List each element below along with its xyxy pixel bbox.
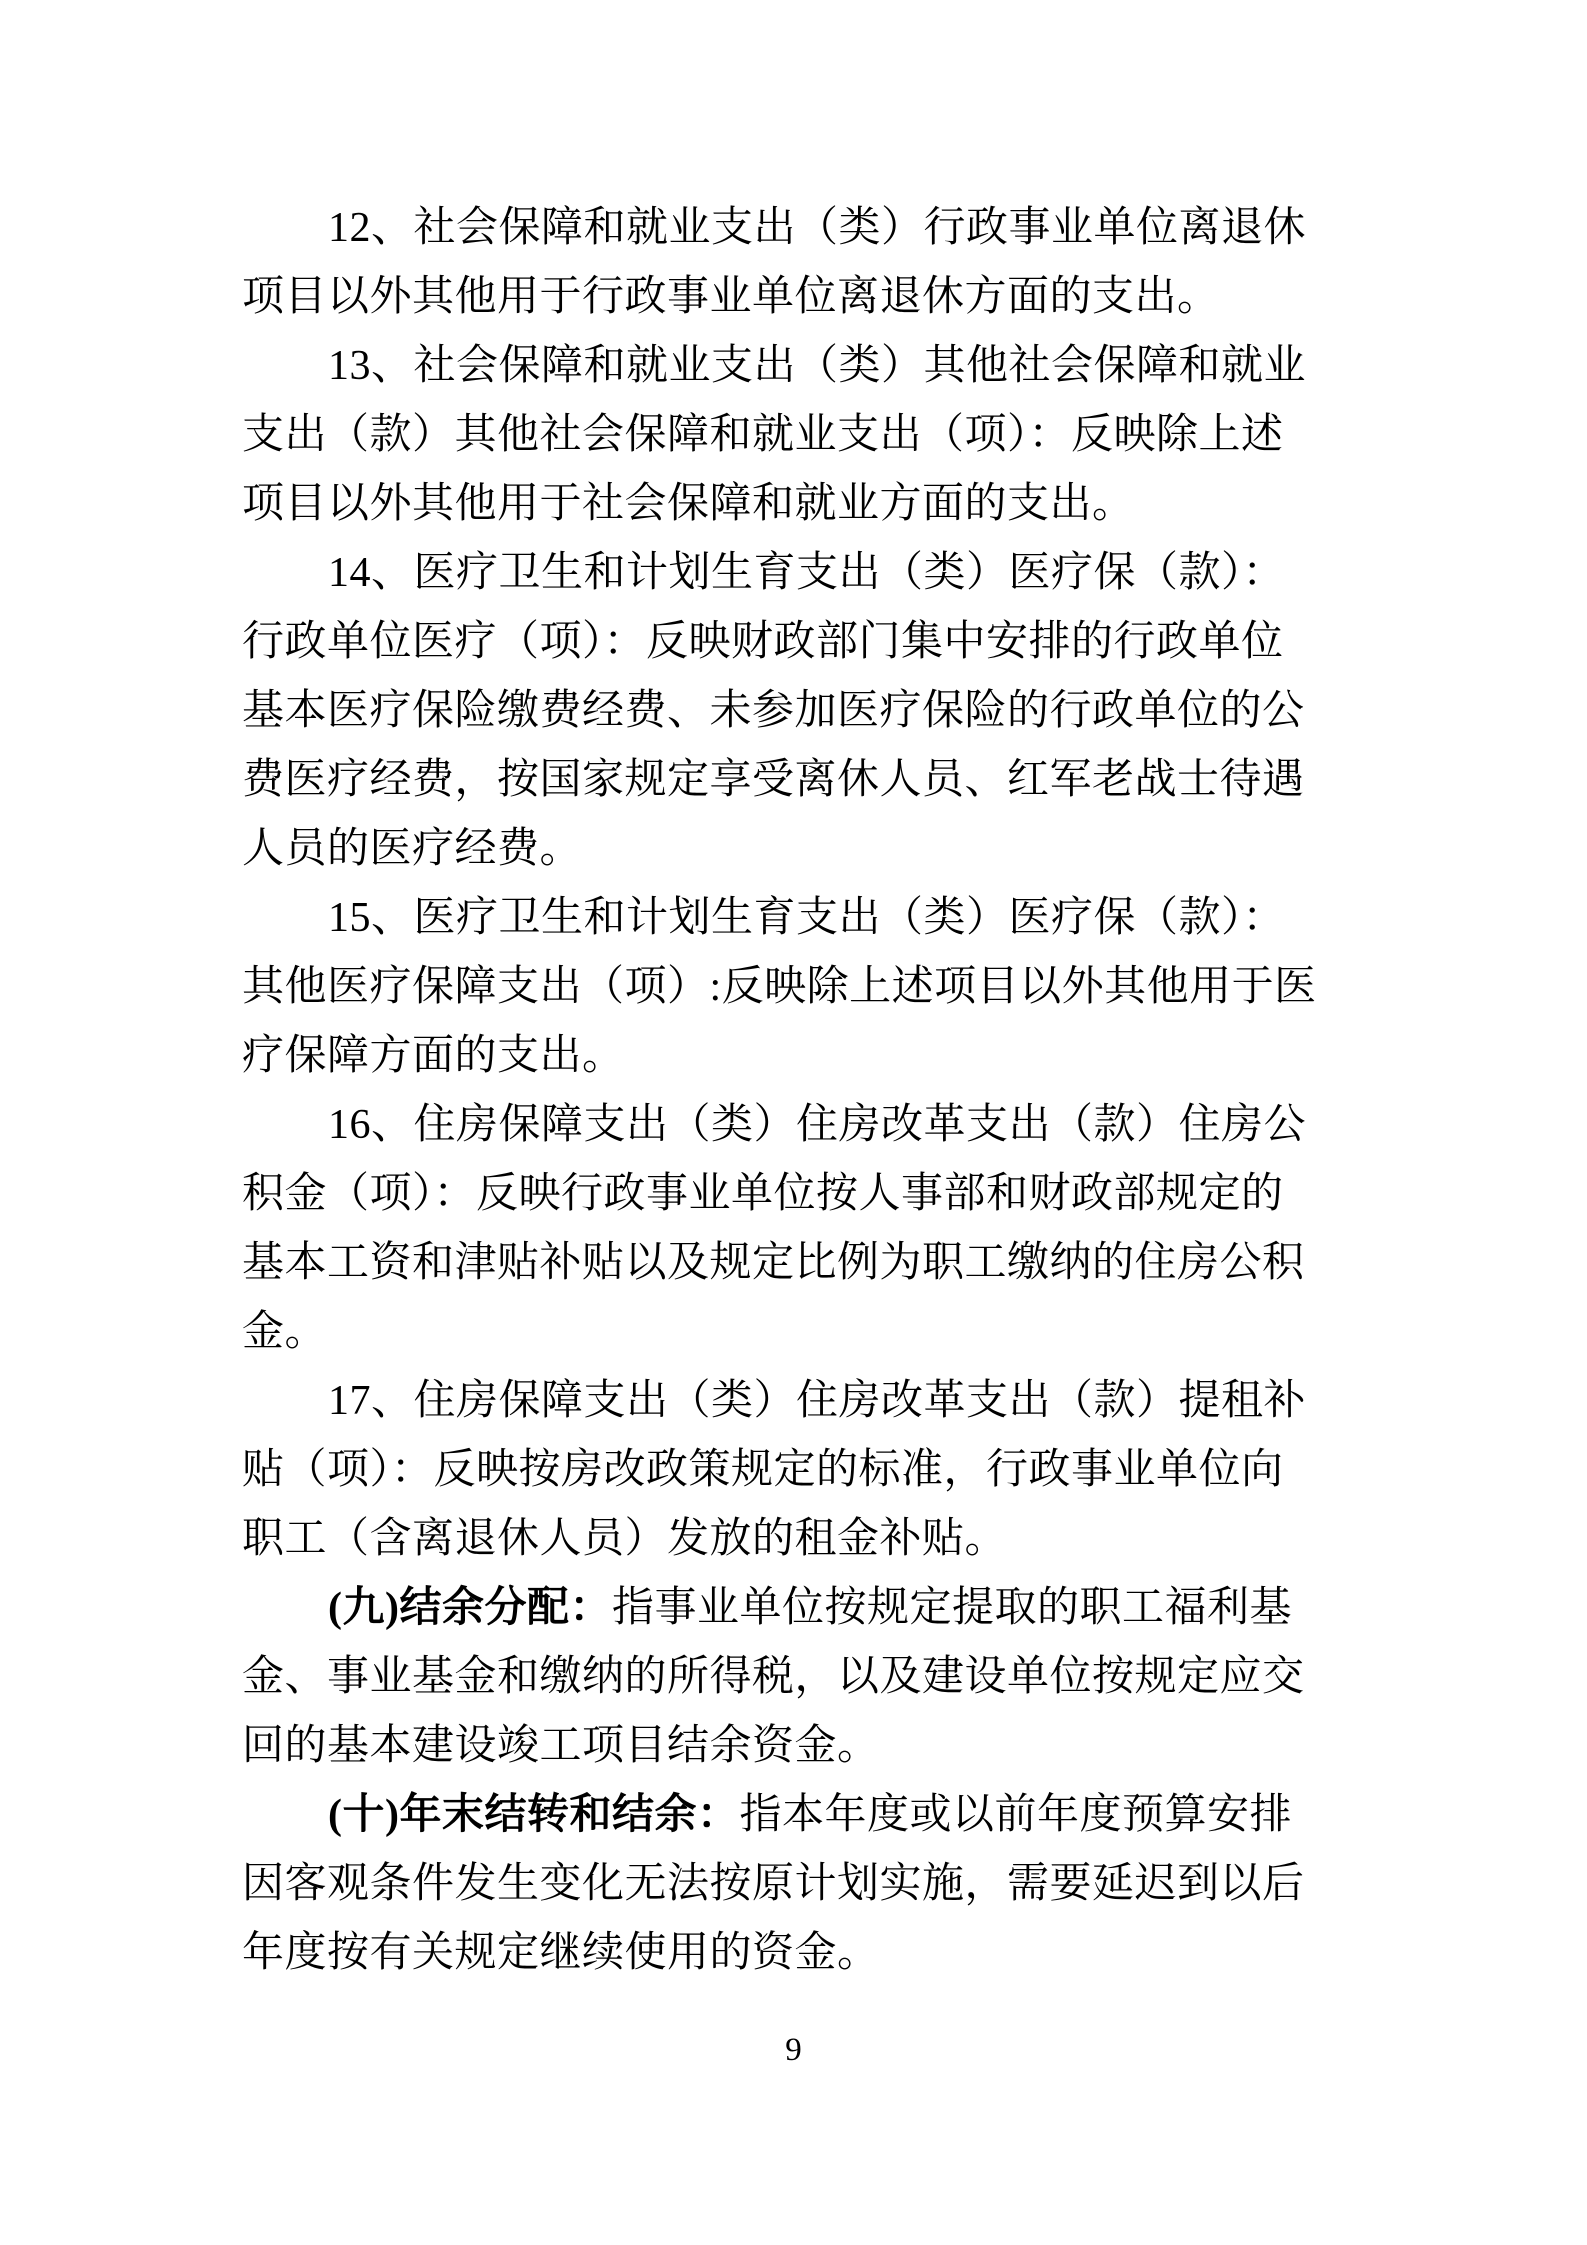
text-line: 费医疗经费，按国家规定享受离休人员、红军老战士待遇 <box>242 746 1317 815</box>
text-line: 14、医疗卫生和计划生育支出（类）医疗保（款）： <box>242 539 1317 608</box>
text-line: 支出（款）其他社会保障和就业支出（项）：反映除上述 <box>242 401 1317 470</box>
text-line: 回的基本建设竣工项目结余资金。 <box>242 1712 1317 1781</box>
document-body: 12、社会保障和就业支出（类）行政事业单位离退休项目以外其他用于行政事业单位离退… <box>242 194 1317 1988</box>
text-line: 13、社会保障和就业支出（类）其他社会保障和就业 <box>242 332 1317 401</box>
text-line: 疗保障方面的支出。 <box>242 1022 1317 1091</box>
text-segment: 积金（项）：反映行政事业单位按人事部和财政部规定的 <box>242 1171 1284 1217</box>
text-segment: 职工（含离退休人员）发放的租金补贴。 <box>242 1516 1007 1562</box>
text-segment: 回的基本建设竣工项目结余资金。 <box>242 1723 880 1769</box>
paragraph-item-jiu: (九)结余分配：指事业单位按规定提取的职工福利基金、事业基金和缴纳的所得税，以及… <box>242 1574 1317 1781</box>
document-page: 12、社会保障和就业支出（类）行政事业单位离退休项目以外其他用于行政事业单位离退… <box>0 0 1587 2245</box>
text-segment: 基本医疗保险缴费经费、未参加医疗保险的行政单位的公 <box>242 688 1305 734</box>
text-segment: 项目以外其他用于社会保障和就业方面的支出。 <box>242 481 1135 527</box>
text-segment: 指事业单位按规定提取的职工福利基 <box>612 1585 1292 1631</box>
text-line: (十)年末结转和结余：指本年度或以前年度预算安排 <box>242 1781 1317 1850</box>
text-line: 金、事业基金和缴纳的所得税，以及建设单位按规定应交 <box>242 1643 1317 1712</box>
page-number: 9 <box>0 2030 1587 2070</box>
paragraph-item-13: 13、社会保障和就业支出（类）其他社会保障和就业支出（款）其他社会保障和就业支出… <box>242 332 1317 539</box>
text-segment: 金。 <box>242 1309 327 1355</box>
text-line: 因客观条件发生变化无法按原计划实施，需要延迟到以后 <box>242 1850 1317 1919</box>
text-segment: 指本年度或以前年度预算安排 <box>739 1792 1292 1838</box>
text-line: 积金（项）：反映行政事业单位按人事部和财政部规定的 <box>242 1160 1317 1229</box>
text-segment: 人员的医疗经费。 <box>242 826 582 872</box>
paragraph-item-15: 15、医疗卫生和计划生育支出（类）医疗保（款）：其他医疗保障支出（项）:反映除上… <box>242 884 1317 1091</box>
text-line: 15、医疗卫生和计划生育支出（类）医疗保（款）： <box>242 884 1317 953</box>
paragraph-item-12: 12、社会保障和就业支出（类）行政事业单位离退休项目以外其他用于行政事业单位离退… <box>242 194 1317 332</box>
text-line: 贴（项）：反映按房改政策规定的标准，行政事业单位向 <box>242 1436 1317 1505</box>
text-segment: 12、社会保障和就业支出（类）行政事业单位离退休 <box>328 205 1306 251</box>
text-segment: 项目以外其他用于行政事业单位离退休方面的支出。 <box>242 274 1220 320</box>
text-segment: 因客观条件发生变化无法按原计划实施，需要延迟到以后 <box>242 1861 1305 1907</box>
text-segment: 基本工资和津贴补贴以及规定比例为职工缴纳的住房公积 <box>242 1240 1305 1286</box>
text-segment: 行政单位医疗（项）：反映财政部门集中安排的行政单位 <box>242 619 1284 665</box>
text-line: 项目以外其他用于行政事业单位离退休方面的支出。 <box>242 263 1317 332</box>
text-line: 人员的医疗经费。 <box>242 815 1317 884</box>
text-line: 职工（含离退休人员）发放的租金补贴。 <box>242 1505 1317 1574</box>
paragraph-item-14: 14、医疗卫生和计划生育支出（类）医疗保（款）：行政单位医疗（项）：反映财政部门… <box>242 539 1317 884</box>
text-segment: 金、事业基金和缴纳的所得税，以及建设单位按规定应交 <box>242 1654 1305 1700</box>
text-segment: 年度按有关规定继续使用的资金。 <box>242 1930 880 1976</box>
text-line: 项目以外其他用于社会保障和就业方面的支出。 <box>242 470 1317 539</box>
text-line: (九)结余分配：指事业单位按规定提取的职工福利基 <box>242 1574 1317 1643</box>
text-segment: 支出（款）其他社会保障和就业支出（项）：反映除上述 <box>242 412 1284 458</box>
text-line: 基本工资和津贴补贴以及规定比例为职工缴纳的住房公积 <box>242 1229 1317 1298</box>
text-segment: 16、住房保障支出（类）住房改革支出（款）住房公 <box>328 1102 1306 1148</box>
text-segment: 13、社会保障和就业支出（类）其他社会保障和就业 <box>328 343 1306 389</box>
paragraph-item-shi: (十)年末结转和结余：指本年度或以前年度预算安排因客观条件发生变化无法按原计划实… <box>242 1781 1317 1988</box>
text-segment: 疗保障方面的支出。 <box>242 1033 625 1079</box>
text-line: 12、社会保障和就业支出（类）行政事业单位离退休 <box>242 194 1317 263</box>
text-segment: 贴（项）：反映按房改政策规定的标准，行政事业单位向 <box>242 1447 1284 1493</box>
paragraph-item-16: 16、住房保障支出（类）住房改革支出（款）住房公积金（项）：反映行政事业单位按人… <box>242 1091 1317 1367</box>
text-line: 金。 <box>242 1298 1317 1367</box>
bold-term: (九)结余分配： <box>328 1585 612 1631</box>
text-segment: 其他医疗保障支出（项）:反映除上述项目以外其他用于医 <box>242 964 1317 1010</box>
text-segment: 17、住房保障支出（类）住房改革支出（款）提租补 <box>328 1378 1306 1424</box>
text-line: 基本医疗保险缴费经费、未参加医疗保险的行政单位的公 <box>242 677 1317 746</box>
paragraph-item-17: 17、住房保障支出（类）住房改革支出（款）提租补贴（项）：反映按房改政策规定的标… <box>242 1367 1317 1574</box>
text-segment: 15、医疗卫生和计划生育支出（类）医疗保（款）： <box>328 895 1285 941</box>
text-line: 16、住房保障支出（类）住房改革支出（款）住房公 <box>242 1091 1317 1160</box>
text-line: 年度按有关规定继续使用的资金。 <box>242 1919 1317 1988</box>
text-line: 其他医疗保障支出（项）:反映除上述项目以外其他用于医 <box>242 953 1317 1022</box>
text-segment: 费医疗经费，按国家规定享受离休人员、红军老战士待遇 <box>242 757 1305 803</box>
text-line: 行政单位医疗（项）：反映财政部门集中安排的行政单位 <box>242 608 1317 677</box>
text-segment: 14、医疗卫生和计划生育支出（类）医疗保（款）： <box>328 550 1285 596</box>
bold-term: (十)年末结转和结余： <box>328 1792 739 1838</box>
text-line: 17、住房保障支出（类）住房改革支出（款）提租补 <box>242 1367 1317 1436</box>
